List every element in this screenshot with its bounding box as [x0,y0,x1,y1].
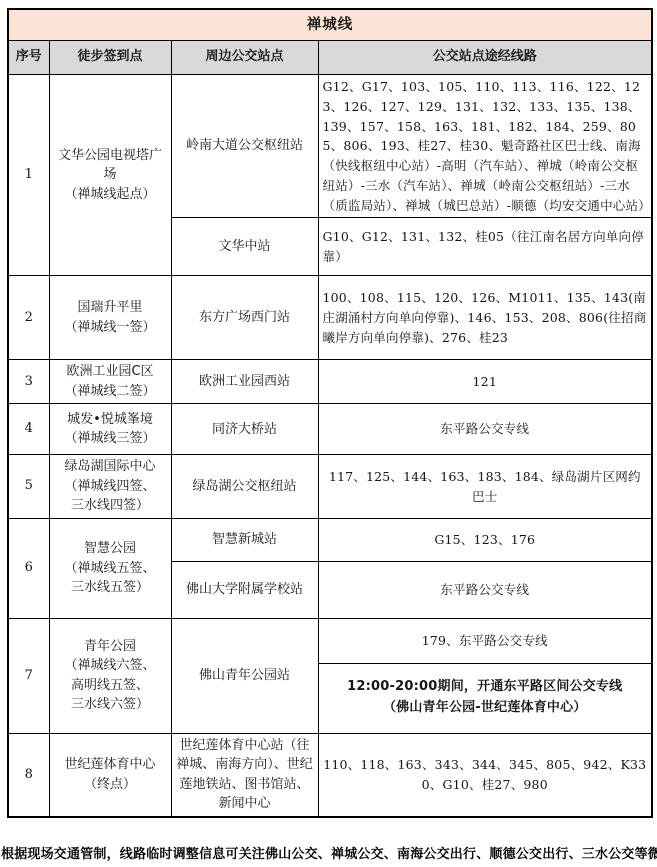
column-header-checkpoint: 徒步签到点 [49,41,171,75]
checkpoint-cell: 文华公园电视塔广场 （禅城线起点） [49,75,171,276]
station-cell: 佛山青年公园站 [171,618,318,733]
checkpoint-cell: 欧洲工业园C区 （禅城线二签） [49,360,171,404]
table-row: 5 绿岛湖国际中心 （禅城线四签、 三水线四签） 绿岛湖公交枢纽站 117、12… [8,455,652,519]
routes-cell: 179、东平路公交专线 [318,618,652,663]
row-no: 1 [8,75,49,276]
routes-cell: 东平路公交专线 [318,404,652,455]
table-title-row: 禅城线 [8,9,652,41]
column-header-no: 序号 [8,41,49,75]
column-header-station: 周边公交站点 [171,41,318,75]
checkpoint-cell: 绿岛湖国际中心 （禅城线四签、 三水线四签） [49,455,171,519]
table-row: 2 国瑞升平里 （禅城线一签） 东方广场西门站 100、108、115、120、… [8,276,652,360]
checkpoint-cell: 城发•悦城峯境 （禅城线三签） [49,404,171,455]
table-row: 3 欧洲工业园C区 （禅城线二签） 欧洲工业园西站 121 [8,360,652,404]
station-cell: 东方广场西门站 [171,276,318,360]
routes-cell: 121 [318,360,652,404]
row-no: 8 [8,733,49,817]
row-no: 5 [8,455,49,519]
table-row: 4 城发•悦城峯境 （禅城线三签） 同济大桥站 东平路公交专线 [8,404,652,455]
routes-cell: 110、118、163、343、344、345、805、942、K330、G10… [318,733,652,817]
traffic-control-footnote: 根据现场交通管制，线路临时调整信息可关注佛山公交、禅城公交、南海公交出行、顺德公… [1,845,657,865]
table-title: 禅城线 [8,9,652,41]
column-header-row: 序号 徒步签到点 周边公交站点 公交站点途经线路 [8,41,652,75]
station-cell: 智慧新城站 [171,518,318,561]
routes-cell: 100、108、115、120、126、M1011、135、143(南庄湖涌村方… [318,276,652,360]
station-cell: 世纪莲体育中心站（往禅城、南海方向）、世纪莲地铁站、图书馆站、新闻中心 [171,733,318,817]
routes-cell: G15、123、176 [318,518,652,561]
table-row: 1 文华公园电视塔广场 （禅城线起点） 岭南大道公交枢纽站 G12、G17、10… [8,75,652,218]
row-no: 3 [8,360,49,404]
row-no: 2 [8,276,49,360]
checkpoint-cell: 世纪莲体育中心 （终点） [49,733,171,817]
chancheng-line-table: 禅城线 序号 徒步签到点 周边公交站点 公交站点途经线路 1 文华公园电视塔广场… [7,8,653,818]
checkpoint-cell: 智慧公园 （禅城线五签、 三水线五签） [49,518,171,618]
station-cell: 文华中站 [171,218,318,276]
table-row: 6 智慧公园 （禅城线五签、 三水线五签） 智慧新城站 G15、123、176 [8,518,652,561]
checkpoint-cell: 青年公园 （禅城线六签、 高明线五签、 三水线六签） [49,618,171,733]
routes-cell: G10、G12、131、132、桂05（往江南名居方向单向停靠） [318,218,652,276]
routes-cell: G12、G17、103、105、110、113、116、122、123、126、… [318,75,652,218]
routes-special-notice-cell: 12:00-20:00期间，开通东平路区间公交专线 （佛山青年公园-世纪莲体育中… [318,663,652,733]
table-row: 7 青年公园 （禅城线六签、 高明线五签、 三水线六签） 佛山青年公园站 179… [8,618,652,663]
bus-route-table-page: 禅城线 序号 徒步签到点 周边公交站点 公交站点途经线路 1 文华公园电视塔广场… [7,8,651,818]
column-header-routes: 公交站点途经线路 [318,41,652,75]
row-no: 7 [8,618,49,733]
routes-cell: 117、125、144、163、183、184、绿岛湖片区网约巴士 [318,455,652,519]
station-cell: 同济大桥站 [171,404,318,455]
row-no: 4 [8,404,49,455]
station-cell: 岭南大道公交枢纽站 [171,75,318,218]
table-row: 8 世纪莲体育中心 （终点） 世纪莲体育中心站（往禅城、南海方向）、世纪莲地铁站… [8,733,652,817]
station-cell: 欧洲工业园西站 [171,360,318,404]
checkpoint-cell: 国瑞升平里 （禅城线一签） [49,276,171,360]
station-cell: 绿岛湖公交枢纽站 [171,455,318,519]
routes-cell: 东平路公交专线 [318,561,652,618]
station-cell: 佛山大学附属学校站 [171,561,318,618]
row-no: 6 [8,518,49,618]
